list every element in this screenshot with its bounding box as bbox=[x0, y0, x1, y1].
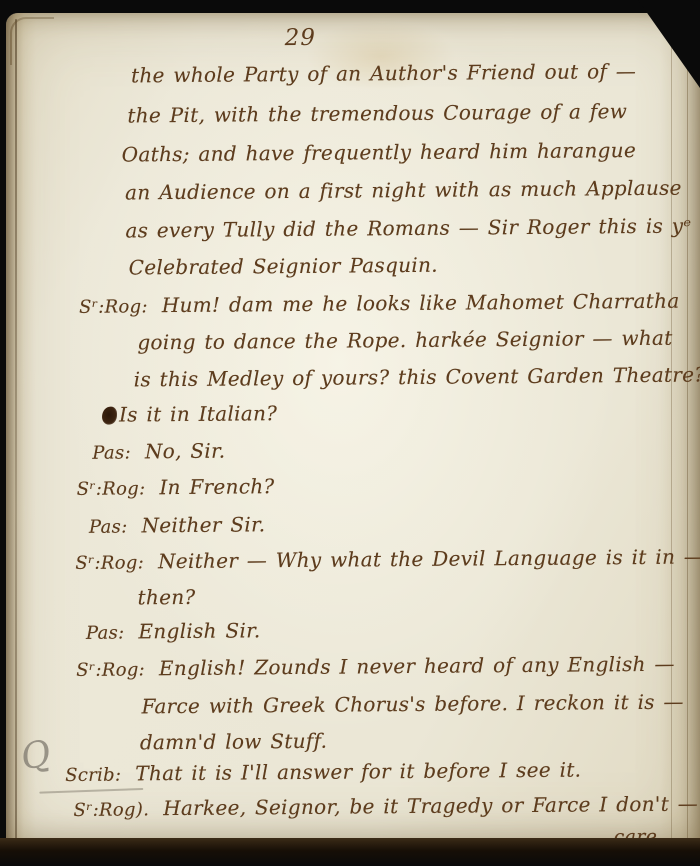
line-text: is this Medley of yours? this Covent Gar… bbox=[134, 362, 700, 391]
manuscript-line: the whole Party of an Author's Friend ou… bbox=[131, 58, 636, 89]
manuscript-line: Celebrated Seignior Pasquin. bbox=[129, 252, 438, 282]
pencil-underline bbox=[39, 788, 143, 794]
line-text: going to dance the Rope. harkée Seignior… bbox=[137, 326, 672, 355]
line-text: That it is I'll answer for it before I s… bbox=[135, 758, 581, 786]
line-text: damn'd low Stuff. bbox=[140, 729, 328, 755]
line-text: Oaths; and have frequently heard him har… bbox=[122, 138, 637, 166]
line-text: Hum! dam me he looks like Mahomet Charra… bbox=[162, 289, 680, 318]
book-edge-bottom bbox=[0, 838, 700, 866]
manuscript-line: Sʳ:Rog:Neither — Why what the Devil Lang… bbox=[75, 543, 700, 576]
line-text: Harkee, Seignor, be it Tragedy or Farce … bbox=[163, 792, 698, 821]
line-text: In French? bbox=[159, 474, 274, 499]
line-text: Celebrated Seignior Pasquin. bbox=[129, 253, 438, 280]
manuscript-text: 29 the whole Party of an Author's Friend… bbox=[3, 7, 700, 846]
speaker-label: Sʳ:Rog: bbox=[77, 478, 146, 500]
line-text: as every Tully did the Romans — Sir Roge… bbox=[125, 214, 691, 243]
manuscript-line: Pas:No, Sir. bbox=[92, 438, 225, 467]
line-text: English! Zounds I never heard of any Eng… bbox=[159, 652, 675, 681]
line-text: an Audience on a first night with as muc… bbox=[125, 176, 682, 205]
line-text: Neither Sir. bbox=[141, 512, 265, 537]
manuscript-page: 29 the whole Party of an Author's Friend… bbox=[6, 13, 700, 846]
manuscript-line: Pas:Neither Sir. bbox=[89, 511, 266, 541]
speaker-label: Sʳ:Rog: bbox=[79, 296, 148, 318]
manuscript-line: Scrib:That it is I'll answer for it befo… bbox=[65, 757, 581, 790]
manuscript-line: going to dance the Rope. harkée Seignior… bbox=[137, 325, 672, 357]
line-text: Neither — Why what the Devil Language is… bbox=[158, 544, 700, 573]
manuscript-line: then? bbox=[137, 584, 195, 612]
line-text: then? bbox=[138, 585, 196, 610]
manuscript-line: Sʳ:Rog).Harkee, Seignor, be it Tragedy o… bbox=[73, 791, 698, 824]
photograph-background: 29 the whole Party of an Author's Friend… bbox=[0, 0, 700, 866]
speaker-label: Pas: bbox=[86, 622, 125, 643]
line-text: the Pit, with the tremendous Courage of … bbox=[127, 99, 627, 127]
speaker-label: Pas: bbox=[89, 516, 128, 537]
manuscript-line: the Pit, with the tremendous Courage of … bbox=[127, 98, 627, 129]
manuscript-line: an Audience on a first night with as muc… bbox=[125, 175, 682, 207]
line-text: Farce with Greek Chorus's before. I reck… bbox=[141, 690, 683, 719]
manuscript-line: is this Medley of yours? this Covent Gar… bbox=[134, 361, 700, 393]
speaker-label: Sʳ:Rog). bbox=[73, 799, 149, 821]
line-text: the whole Party of an Author's Friend ou… bbox=[131, 59, 636, 87]
ink-blot bbox=[102, 407, 117, 425]
manuscript-line: as every Tully did the Romans — Sir Roge… bbox=[125, 213, 691, 245]
manuscript-line: Farce with Greek Chorus's before. I reck… bbox=[141, 689, 683, 721]
speaker-label: Sʳ:Rog: bbox=[75, 552, 144, 574]
manuscript-line: Sʳ:Rog:Hum! dam me he looks like Mahomet… bbox=[79, 288, 680, 321]
manuscript-line: Pas:English Sir. bbox=[86, 617, 261, 647]
speaker-label: Sʳ:Rog: bbox=[76, 659, 145, 681]
line-text: English Sir. bbox=[138, 618, 260, 643]
page-number: 29 bbox=[285, 25, 317, 51]
manuscript-line: Oaths; and have frequently heard him har… bbox=[122, 137, 637, 168]
margin-pencil-mark: Q bbox=[18, 733, 54, 779]
speaker-label: Scrib: bbox=[65, 765, 121, 786]
manuscript-line: Is it in Italian? bbox=[102, 400, 277, 429]
manuscript-line: Sʳ:Rog:English! Zounds I never heard of … bbox=[76, 651, 675, 684]
line-text: Is it in Italian? bbox=[119, 401, 277, 426]
manuscript-line: Sʳ:Rog:In French? bbox=[77, 473, 275, 503]
manuscript-line: damn'd low Stuff. bbox=[140, 728, 328, 757]
speaker-label: Pas: bbox=[92, 442, 131, 463]
line-text: No, Sir. bbox=[145, 439, 226, 464]
